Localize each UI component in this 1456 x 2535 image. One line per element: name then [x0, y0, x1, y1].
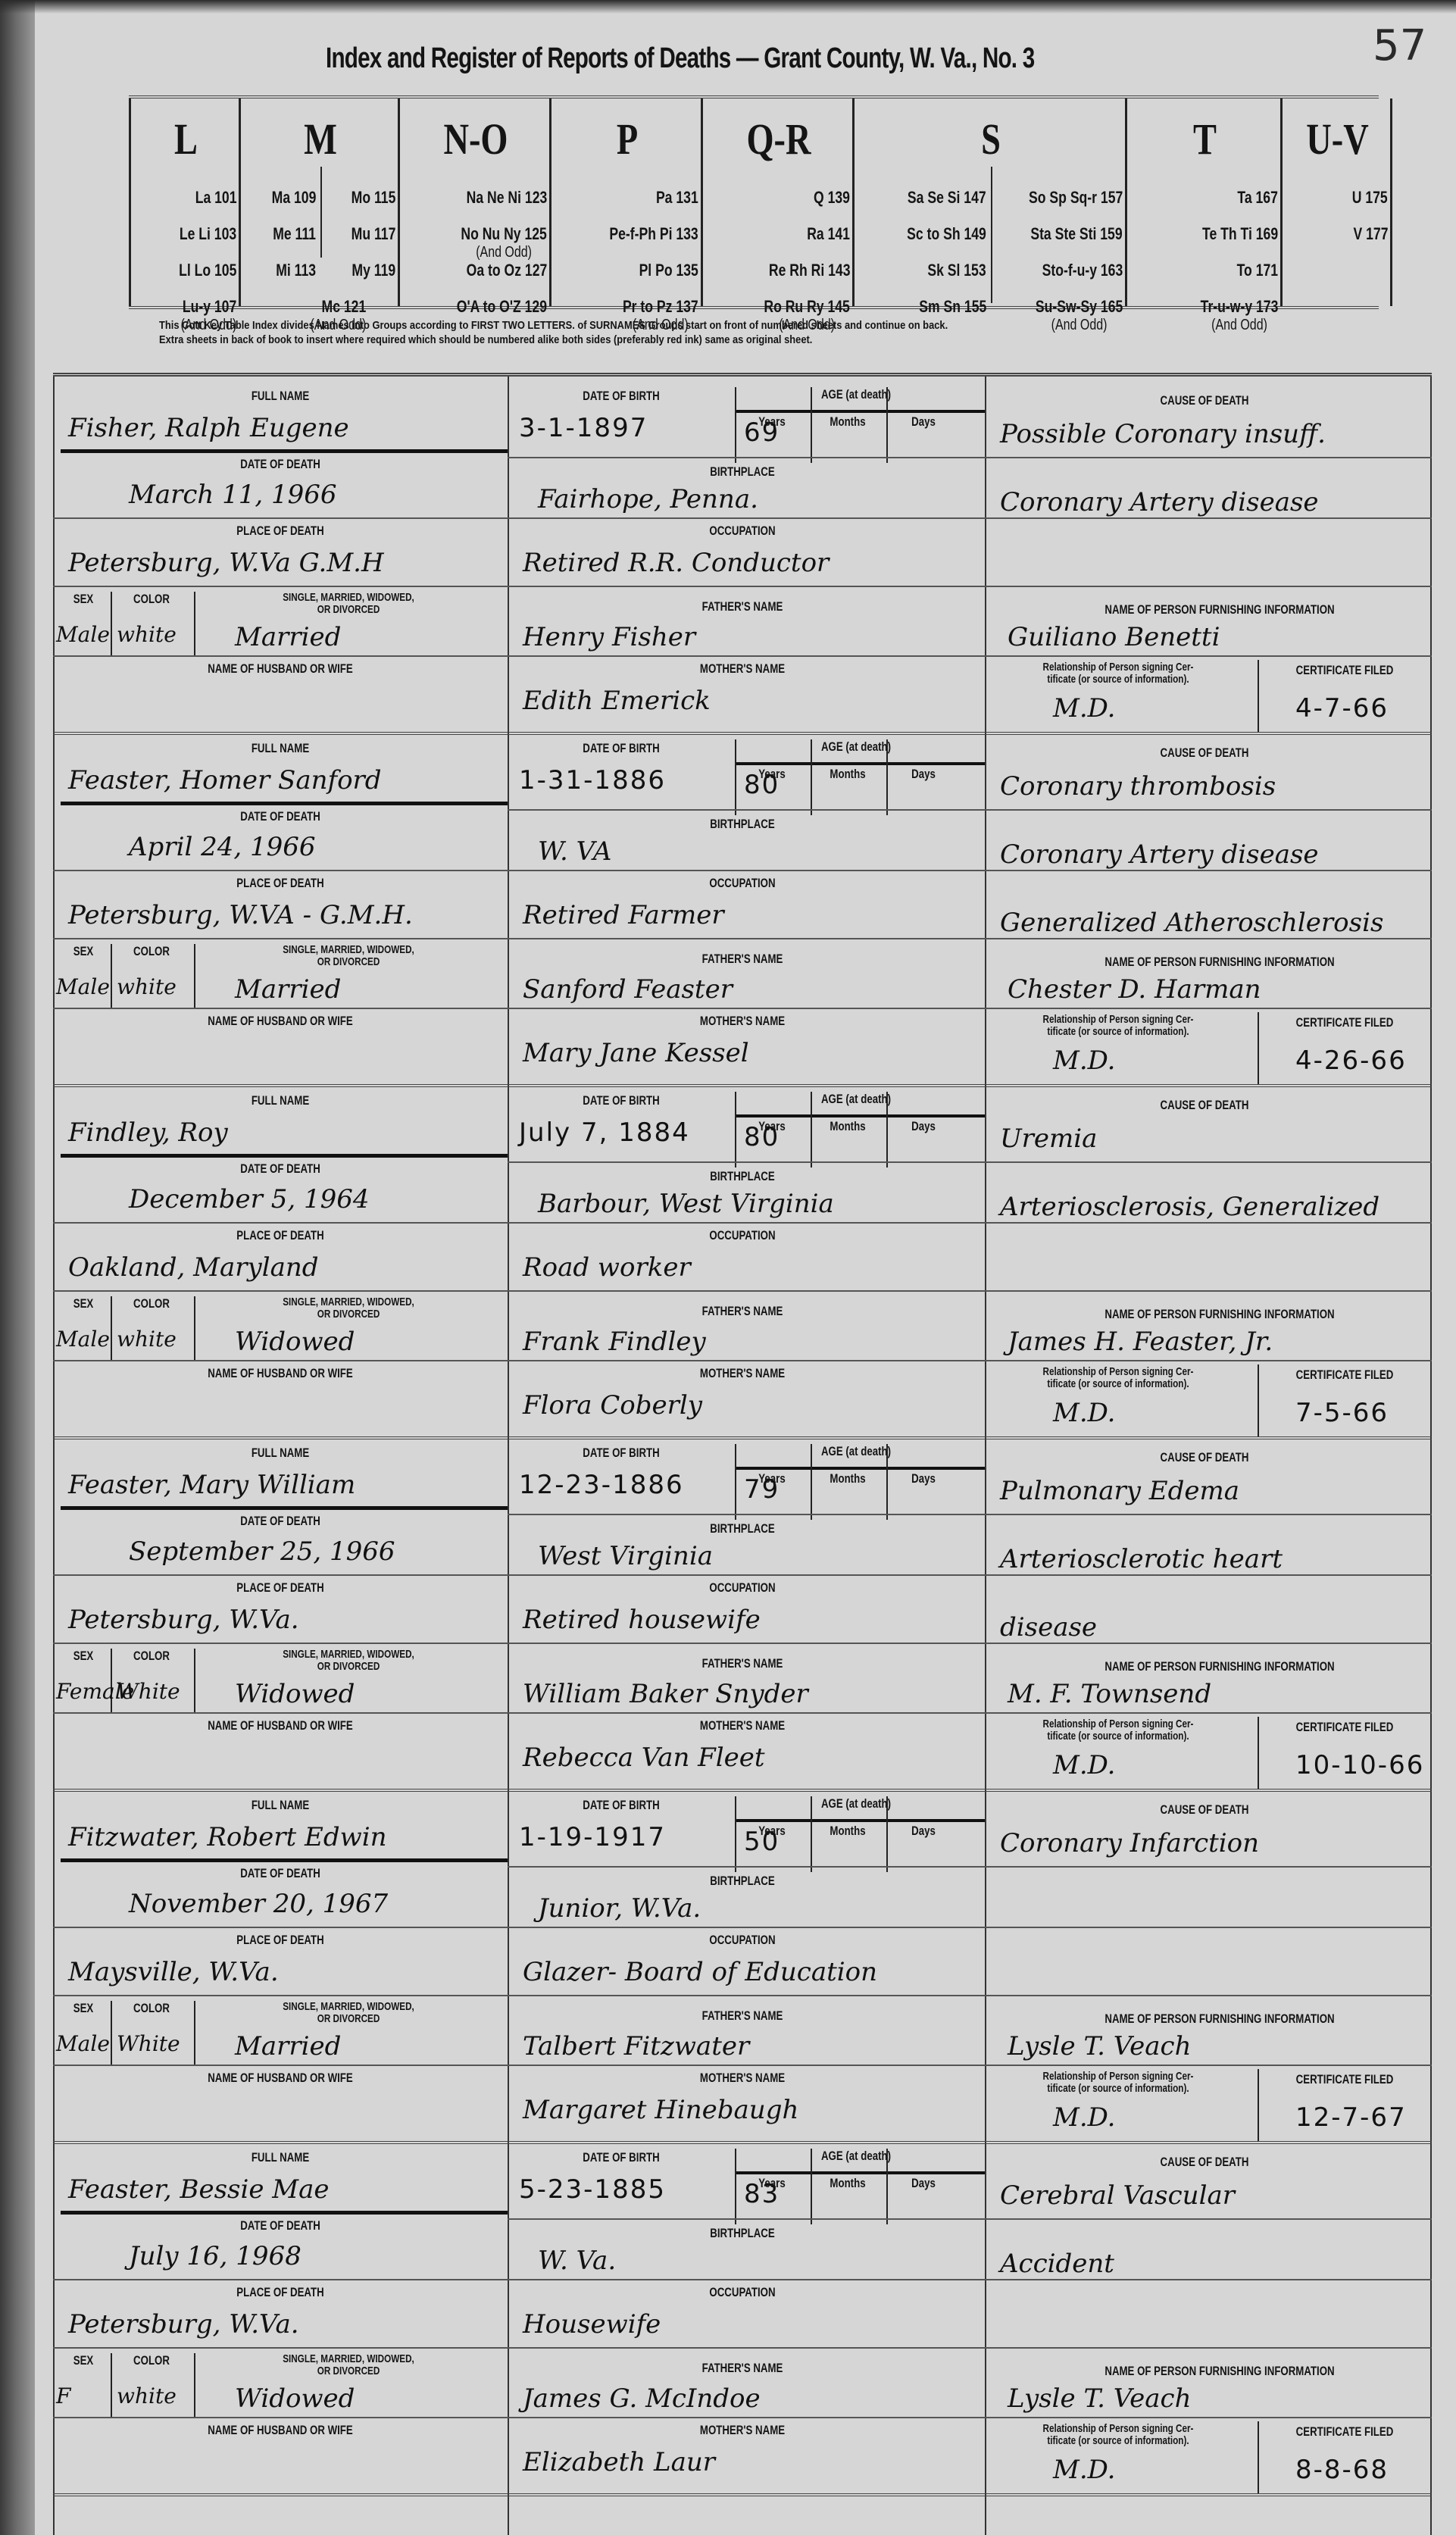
color-value: white: [117, 1327, 177, 1352]
label-date-of-birth: DATE OF BIRTH: [556, 2150, 686, 2165]
label-informant: NAME OF PERSON FURNISHING INFORMATION: [1078, 955, 1361, 970]
key-note-line-1: This Cott Key Table Index divides Names …: [159, 318, 1267, 333]
sex-value: F: [56, 2383, 70, 2408]
cause-line-3: disease: [1000, 1612, 1097, 1643]
relationship-value: M.D.: [1053, 1750, 1115, 1780]
marital-status: Widowed: [235, 1327, 355, 1357]
key-entry: Na Ne Ni 123: [466, 188, 547, 208]
rule: [194, 2353, 195, 2417]
rule: [53, 2065, 1432, 2066]
label-months: Months: [821, 2176, 874, 2191]
label-age: AGE (at death): [785, 1092, 926, 1107]
label-mother: MOTHER'S NAME: [677, 1718, 808, 1733]
age-box: AGE (at death) Years Months Days 83: [735, 2149, 985, 2224]
label-occupation: OCCUPATION: [677, 1933, 808, 1948]
label-cause-of-death: CAUSE OF DEATH: [1133, 1450, 1275, 1465]
key-column-p: PPa 131Pe-f-Ph Pi 133Pl Po 135Pr to Pz 1…: [549, 98, 703, 306]
key-entry: O'A to O'Z 129: [457, 297, 547, 317]
relationship-value: M.D.: [1053, 1398, 1115, 1428]
rule: [508, 457, 1432, 458]
label-relationship: Relationship of Person signing Cer-tific…: [1017, 1366, 1218, 1390]
rule: [53, 938, 1432, 939]
label-spouse: NAME OF HUSBAND OR WIFE: [174, 2423, 387, 2438]
certificate-filed-date: 4-26-66: [1295, 1046, 1407, 1076]
rule: [735, 1796, 736, 1872]
father-name: Frank Findley: [523, 1327, 706, 1357]
label-color: COLOR: [122, 2001, 181, 2016]
label-color: COLOR: [122, 944, 181, 959]
rule: [508, 1514, 1432, 1515]
birthplace: Junior, W.Va.: [538, 1893, 701, 1924]
label-mother: MOTHER'S NAME: [677, 2071, 808, 2086]
sex-value: Male: [56, 1327, 110, 1352]
birthplace: West Virginia: [538, 1541, 713, 1571]
date-of-death: November 20, 1967: [129, 1889, 388, 1919]
rule: [886, 1444, 888, 1520]
rule: [886, 1796, 888, 1872]
label-birthplace: BIRTHPLACE: [677, 1874, 808, 1889]
label-father: FATHER'S NAME: [677, 2008, 808, 2024]
label-color: COLOR: [122, 1649, 181, 1664]
place-of-death: Maysville, W.Va.: [68, 1957, 279, 1987]
label-informant: NAME OF PERSON FURNISHING INFORMATION: [1078, 602, 1361, 617]
label-cause-of-death: CAUSE OF DEATH: [1133, 1802, 1275, 1818]
date-of-death: March 11, 1966: [129, 480, 337, 510]
key-column-n-o: N-ONa Ne Ni 123No Nu Ny 125(And Odd)Oa t…: [398, 98, 551, 306]
label-occupation: OCCUPATION: [677, 876, 808, 891]
key-entry: Sm Sn 155: [919, 297, 986, 317]
rule: [1258, 2069, 1259, 2142]
rule: [811, 1796, 812, 1872]
label-mother: MOTHER'S NAME: [677, 2423, 808, 2438]
rule: [735, 1819, 985, 1822]
full-name: Fisher, Ralph Eugene: [68, 413, 349, 443]
key-entry: Mi 113: [276, 261, 316, 280]
date-of-birth: 1-19-1917: [519, 1822, 666, 1852]
mother-name: Margaret Hinebaugh: [523, 2095, 798, 2125]
key-entry: Sc to Sh 149: [907, 224, 986, 244]
certificate-filed-date: 4-7-66: [1295, 693, 1389, 724]
key-entry: Re Rh Ri 143: [768, 261, 850, 280]
cause-line-3: Generalized Atheroschlerosis: [1000, 908, 1383, 938]
label-place-of-death: PLACE OF DEATH: [204, 1228, 358, 1243]
key-column-header: U-V: [1294, 114, 1382, 164]
label-days: Days: [897, 1824, 950, 1839]
rule: [735, 1114, 985, 1117]
rule: [53, 1995, 1432, 1996]
informant-name: Chester D. Harman: [1008, 974, 1261, 1005]
marital-status: Widowed: [235, 2383, 355, 2414]
key-entry: Ra 141: [807, 224, 850, 244]
rule: [194, 2001, 195, 2065]
full-name: Feaster, Homer Sanford: [68, 765, 382, 796]
rule: [53, 1008, 1432, 1009]
label-cause-of-death: CAUSE OF DEATH: [1133, 2155, 1275, 2170]
label-sex: SEX: [66, 2353, 102, 2368]
label-date-of-death: DATE OF DEATH: [204, 1161, 358, 1177]
relationship-value: M.D.: [1053, 2455, 1115, 2485]
key-entry: Mu 117: [351, 224, 395, 244]
label-sex: SEX: [66, 944, 102, 959]
certificate-filed-date: 7-5-66: [1295, 1398, 1389, 1428]
rule: [886, 1092, 888, 1167]
label-informant: NAME OF PERSON FURNISHING INFORMATION: [1078, 1659, 1361, 1674]
rule: [53, 1222, 1432, 1224]
rule: [811, 387, 812, 463]
death-record: FULL NAME Feaster, Homer Sanford DATE OF…: [53, 735, 1432, 1087]
label-father: FATHER'S NAME: [677, 952, 808, 967]
label-informant: NAME OF PERSON FURNISHING INFORMATION: [1078, 2364, 1361, 2379]
occupation: Housewife: [523, 2309, 661, 2340]
rule: [53, 1360, 1432, 1361]
age-years: 79: [744, 1474, 780, 1505]
informant-name: Lysle T. Veach: [1008, 2383, 1192, 2414]
label-full-name: FULL NAME: [204, 1093, 358, 1108]
name-underline: [61, 1154, 508, 1158]
key-entry: My 119: [352, 261, 395, 280]
rule: [735, 2149, 736, 2224]
label-place-of-death: PLACE OF DEATH: [204, 876, 358, 891]
label-age: AGE (at death): [785, 739, 926, 755]
rule: [111, 944, 112, 1008]
marital-status: Widowed: [235, 1679, 355, 1709]
date-of-birth: 1-31-1886: [519, 765, 666, 796]
mother-name: Edith Emerick: [523, 686, 711, 716]
mother-name: Rebecca Van Fleet: [523, 1743, 765, 1773]
key-entry: Te Th Ti 169: [1202, 224, 1278, 244]
label-mother: MOTHER'S NAME: [677, 1366, 808, 1381]
age-years: 80: [744, 770, 780, 800]
label-marital: SINGLE, MARRIED, WIDOWED,OR DIVORCED: [230, 592, 467, 616]
key-column-t: TTa 167Te Th Ti 169To 171Tr-u-w-y 173(An…: [1125, 98, 1283, 306]
page-title: Index and Register of Reports of Deaths …: [326, 42, 1035, 75]
label-place-of-death: PLACE OF DEATH: [204, 524, 358, 539]
label-months: Months: [821, 1119, 874, 1134]
label-age: AGE (at death): [785, 1444, 926, 1459]
certificate-filed-date: 10-10-66: [1295, 1750, 1424, 1780]
label-color: COLOR: [122, 1296, 181, 1311]
rule: [53, 1290, 1432, 1292]
label-certificate-filed: CERTIFICATE FILED: [1283, 2072, 1407, 2087]
rule: [53, 2347, 1432, 2349]
key-entry: U 175: [1352, 188, 1388, 208]
birthplace: Barbour, West Virginia: [538, 1189, 834, 1219]
label-marital: SINGLE, MARRIED, WIDOWED,OR DIVORCED: [230, 2001, 467, 2025]
key-column-header: N-O: [415, 114, 536, 164]
name-underline: [61, 2211, 508, 2215]
label-days: Days: [897, 2176, 950, 2191]
informant-name: M. F. Townsend: [1008, 1679, 1211, 1709]
label-place-of-death: PLACE OF DEATH: [204, 2285, 358, 2300]
key-entry: Oa to Oz 127: [466, 261, 547, 280]
relationship-value: M.D.: [1053, 693, 1115, 724]
marital-status: Married: [235, 622, 341, 652]
key-column-header: T: [1143, 114, 1267, 164]
key-column-q-r: Q-RQ 139Ra 141Re Rh Ri 143Ro Ru Ry 145(A…: [701, 98, 855, 306]
rule: [886, 387, 888, 463]
label-months: Months: [821, 1471, 874, 1486]
label-color: COLOR: [122, 2353, 181, 2368]
rule: [53, 1712, 1432, 1714]
date-of-birth: 3-1-1897: [519, 413, 648, 443]
key-table-note: This Cott Key Table Index divides Names …: [159, 318, 1267, 347]
label-color: COLOR: [122, 592, 181, 607]
label-father: FATHER'S NAME: [677, 1304, 808, 1319]
key-sub-rule: [320, 167, 322, 258]
cause-line-2: Coronary Artery disease: [1000, 487, 1319, 517]
father-name: William Baker Snyder: [523, 1679, 808, 1709]
rule: [53, 2417, 1432, 2418]
rule: [53, 1927, 1432, 1928]
place-of-death: Oakland, Maryland: [68, 1252, 319, 1283]
rule: [194, 944, 195, 1008]
rule: [735, 1092, 736, 1167]
cause-line-1: Cerebral Vascular: [1000, 2180, 1235, 2211]
rule: [735, 387, 736, 463]
rule: [194, 592, 195, 655]
rule: [111, 592, 112, 655]
key-column-u-v: U-VU 175V 177: [1280, 98, 1392, 306]
key-entry: Pe-f-Ph Pi 133: [610, 224, 698, 244]
key-entry: La 101: [195, 188, 236, 208]
label-months: Months: [821, 767, 874, 782]
key-note-line-2: Extra sheets in back of book to insert w…: [159, 333, 1267, 347]
death-record: FULL NAME Fisher, Ralph Eugene DATE OF D…: [53, 383, 1432, 735]
key-column-header: W-X-Y-Z: [1420, 114, 1456, 164]
key-entry: Ta 167: [1238, 188, 1278, 208]
date-of-death: July 16, 1968: [129, 2241, 302, 2271]
age-box: AGE (at death) Years Months Days 80: [735, 739, 985, 815]
key-entry: Sa Se Si 147: [908, 188, 986, 208]
full-name: Feaster, Mary William: [68, 1470, 355, 1500]
key-entry: Ll Lo 105: [179, 261, 236, 280]
certificate-filed-date: 12-7-67: [1295, 2102, 1407, 2133]
label-relationship: Relationship of Person signing Cer-tific…: [1017, 2071, 1218, 2095]
label-place-of-death: PLACE OF DEATH: [204, 1580, 358, 1596]
rule: [508, 2218, 1432, 2220]
death-record: FULL NAME Feaster, Mary William DATE OF …: [53, 1439, 1432, 1792]
date-of-birth: 5-23-1885: [519, 2174, 666, 2205]
relationship-value: M.D.: [1053, 1046, 1115, 1076]
occupation: Retired Farmer: [523, 900, 724, 930]
label-months: Months: [821, 414, 874, 430]
label-certificate-filed: CERTIFICATE FILED: [1283, 2424, 1407, 2440]
label-days: Days: [897, 414, 950, 430]
date-of-birth: July 7, 1884: [519, 1117, 690, 1148]
label-relationship: Relationship of Person signing Cer-tific…: [1017, 661, 1218, 686]
rule: [1258, 1717, 1259, 1790]
label-sex: SEX: [66, 1649, 102, 1664]
label-place-of-death: PLACE OF DEATH: [204, 1933, 358, 1948]
place-of-death: Petersburg, W.VA - G.M.H.: [68, 900, 413, 930]
age-years: 80: [744, 1122, 780, 1152]
informant-name: Guiliano Benetti: [1008, 622, 1220, 652]
birthplace: W. VA: [538, 836, 611, 867]
place-of-death: Petersburg, W.Va.: [68, 1605, 299, 1635]
label-cause-of-death: CAUSE OF DEATH: [1133, 745, 1275, 761]
color-value: white: [117, 2383, 177, 2408]
occupation: Retired housewife: [523, 1605, 761, 1635]
rule: [111, 2001, 112, 2065]
rule: [111, 1296, 112, 1360]
label-birthplace: BIRTHPLACE: [677, 817, 808, 832]
key-entry: Mo 115: [351, 188, 395, 208]
cause-line-1: Uremia: [1000, 1124, 1097, 1154]
scan-edge-shadow: [0, 0, 1456, 14]
label-occupation: OCCUPATION: [677, 2285, 808, 2300]
date-of-death: September 25, 1966: [129, 1536, 395, 1567]
sex-value: Male: [56, 974, 110, 999]
cott-key-table: LLa 101Le Li 103Ll Lo 105Lu-y 107(And Od…: [129, 95, 1379, 309]
rule: [53, 870, 1432, 871]
sex-value: Male: [56, 622, 110, 647]
father-name: James G. McIndoe: [523, 2383, 761, 2414]
death-register: FULL NAME Fisher, Ralph Eugene DATE OF D…: [53, 373, 1432, 2535]
key-column-m: MMa 109Me 111Mi 113Mo 115Mu 117My 119Mc …: [239, 98, 400, 306]
occupation: Glazer- Board of Education: [523, 1957, 877, 1987]
full-name: Fitzwater, Robert Edwin: [68, 1822, 386, 1852]
label-relationship: Relationship of Person signing Cer-tific…: [1017, 2423, 1218, 2447]
label-informant: NAME OF PERSON FURNISHING INFORMATION: [1078, 1307, 1361, 1322]
label-relationship: Relationship of Person signing Cer-tific…: [1017, 1014, 1218, 1038]
page-number: 57: [1373, 21, 1426, 70]
label-date-of-birth: DATE OF BIRTH: [556, 1798, 686, 1813]
label-age: AGE (at death): [785, 2149, 926, 2164]
label-full-name: FULL NAME: [204, 1446, 358, 1461]
rule: [811, 2149, 812, 2224]
label-days: Days: [897, 767, 950, 782]
birthplace: W. Va.: [538, 2246, 616, 2276]
label-sex: SEX: [66, 592, 102, 607]
label-relationship: Relationship of Person signing Cer-tific…: [1017, 1718, 1218, 1743]
age-years: 83: [744, 2179, 780, 2209]
label-father: FATHER'S NAME: [677, 599, 808, 614]
label-full-name: FULL NAME: [204, 741, 358, 756]
label-full-name: FULL NAME: [204, 2150, 358, 2165]
key-entry: To 171: [1237, 261, 1278, 280]
label-occupation: OCCUPATION: [677, 524, 808, 539]
key-column-l: LLa 101Le Li 103Ll Lo 105Lu-y 107(And Od…: [129, 98, 241, 306]
informant-name: Lysle T. Veach: [1008, 2031, 1192, 2061]
key-entry: Ma 109: [271, 188, 316, 208]
informant-name: James H. Feaster, Jr.: [1008, 1327, 1273, 1357]
rule: [508, 1866, 1432, 1868]
key-column-s: SSa Se Si 147Sc to Sh 149Sk Sl 153Sm Sn …: [852, 98, 1127, 306]
label-informant: NAME OF PERSON FURNISHING INFORMATION: [1078, 2011, 1361, 2027]
rule: [53, 586, 1432, 587]
rule: [735, 739, 736, 815]
record-divider: [53, 2493, 1432, 2496]
key-column-header: S: [882, 114, 1100, 164]
rule: [53, 517, 1432, 519]
name-underline: [61, 1506, 508, 1510]
name-underline: [61, 449, 508, 453]
rule: [811, 739, 812, 815]
key-entry: Sto-f-u-y 163: [1042, 261, 1123, 280]
key-column-header: L: [142, 114, 230, 164]
mother-name: Mary Jane Kessel: [523, 1038, 749, 1068]
label-mother: MOTHER'S NAME: [677, 1014, 808, 1029]
death-record: FULL NAME Findley, Roy DATE OF DEATH Dec…: [53, 1087, 1432, 1439]
key-entry: Le Li 103: [180, 224, 236, 244]
label-months: Months: [821, 1824, 874, 1839]
label-full-name: FULL NAME: [204, 389, 358, 404]
birthplace: Fairhope, Penna.: [538, 484, 758, 514]
label-certificate-filed: CERTIFICATE FILED: [1283, 1368, 1407, 1383]
rule: [735, 410, 985, 413]
key-entry: Sk Sl 153: [928, 261, 986, 280]
age-box: AGE (at death) Years Months Days 79: [735, 1444, 985, 1520]
rule: [53, 1643, 1432, 1644]
rule: [1258, 1364, 1259, 1437]
label-date-of-death: DATE OF DEATH: [204, 1514, 358, 1529]
sex-value: Male: [56, 2031, 110, 2056]
label-birthplace: BIRTHPLACE: [677, 1169, 808, 1184]
key-entry: Q 139: [814, 188, 850, 208]
rule: [886, 2149, 888, 2224]
relationship-value: M.D.: [1053, 2102, 1115, 2133]
rule: [735, 762, 985, 765]
key-column-header: M: [257, 114, 384, 164]
rule: [194, 1296, 195, 1360]
label-date-of-death: DATE OF DEATH: [204, 457, 358, 472]
label-father: FATHER'S NAME: [677, 2361, 808, 2376]
book-binding-shadow: [0, 0, 35, 2535]
label-age: AGE (at death): [785, 387, 926, 402]
label-spouse: NAME OF HUSBAND OR WIFE: [174, 1718, 387, 1733]
rule: [53, 2279, 1432, 2280]
key-sub-rule: [991, 167, 992, 303]
age-years: 50: [744, 1827, 780, 1857]
key-column-header: Q-R: [718, 114, 839, 164]
cause-line-1: Coronary Infarction: [1000, 1828, 1259, 1858]
label-birthplace: BIRTHPLACE: [677, 1521, 808, 1536]
label-occupation: OCCUPATION: [677, 1580, 808, 1596]
label-mother: MOTHER'S NAME: [677, 661, 808, 677]
rule: [508, 1161, 1432, 1163]
label-certificate-filed: CERTIFICATE FILED: [1283, 663, 1407, 678]
rule: [735, 1444, 736, 1520]
place-of-death: Petersburg, W.Va.: [68, 2309, 299, 2340]
occupation: Road worker: [523, 1252, 691, 1283]
color-value: White: [117, 2031, 180, 2056]
rule: [1258, 1012, 1259, 1085]
color-value: white: [117, 622, 177, 647]
label-days: Days: [897, 1471, 950, 1486]
age-box: AGE (at death) Years Months Days 80: [735, 1092, 985, 1167]
label-spouse: NAME OF HUSBAND OR WIFE: [174, 661, 387, 677]
key-entry: No Nu Ny 125(And Odd): [461, 224, 547, 261]
certificate-filed-date: 8-8-68: [1295, 2455, 1389, 2485]
death-record: FULL NAME Fitzwater, Robert Edwin DATE O…: [53, 1792, 1432, 2144]
color-value: white: [117, 974, 177, 999]
key-entry: So Sp Sq-r 157: [1029, 188, 1123, 208]
rule: [1258, 660, 1259, 733]
occupation: Retired R.R. Conductor: [523, 548, 829, 578]
label-birthplace: BIRTHPLACE: [677, 464, 808, 480]
rule: [735, 1467, 985, 1470]
rule: [811, 1444, 812, 1520]
death-record: FULL NAME Feaster, Bessie Mae DATE OF DE…: [53, 2144, 1432, 2496]
rule: [194, 1649, 195, 1712]
label-occupation: OCCUPATION: [677, 1228, 808, 1243]
label-cause-of-death: CAUSE OF DEATH: [1133, 393, 1275, 408]
father-name: Henry Fisher: [523, 622, 695, 652]
name-underline: [61, 1858, 508, 1862]
label-full-name: FULL NAME: [204, 1798, 358, 1813]
label-date-of-birth: DATE OF BIRTH: [556, 741, 686, 756]
rule: [111, 2353, 112, 2417]
